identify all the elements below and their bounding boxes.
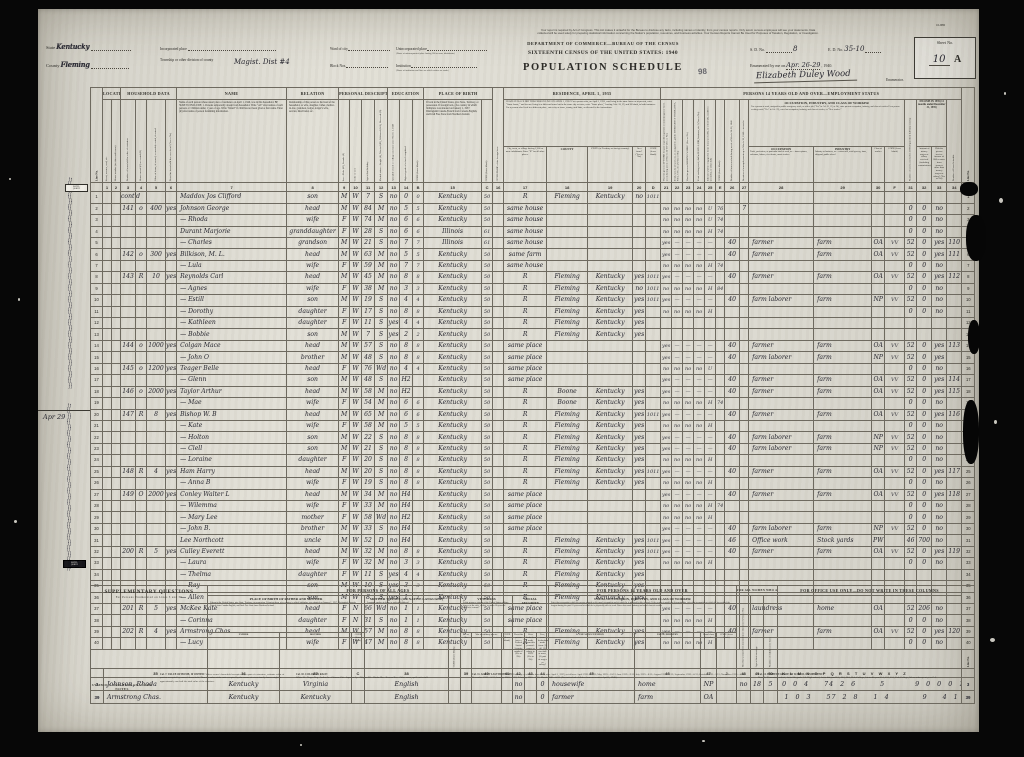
- cell-rel: grandson: [287, 237, 339, 248]
- cell-fs: [947, 569, 962, 580]
- cell-n: 27: [962, 489, 975, 500]
- supp-col-father: FATHER: [208, 633, 280, 669]
- cell-mar: M: [375, 558, 388, 569]
- cell-e2: no: [672, 478, 683, 489]
- cell-hh: [121, 226, 136, 237]
- col-industry: INDUSTRY Industry or business, as— cotto…: [814, 147, 872, 183]
- supp-col-ss-deductions: Were deductions made from this person's …: [525, 633, 537, 669]
- cell-e1: yes: [661, 523, 672, 534]
- cell-age: 33: [362, 523, 375, 534]
- cell-hrs: 40: [725, 409, 740, 420]
- cell-dur: [740, 443, 749, 454]
- cell-st: [103, 432, 112, 443]
- cell-own: o: [136, 363, 147, 374]
- cell-e5: —: [705, 409, 716, 420]
- cell-rfm: yes: [633, 466, 646, 477]
- cell-ind: [814, 283, 872, 294]
- cell-ind: [814, 306, 872, 317]
- cell-mar: M: [375, 501, 388, 512]
- cell-cc: 50: [482, 535, 493, 546]
- cell-occ: farm laborer: [749, 443, 814, 454]
- cell-wag: 0: [917, 283, 932, 294]
- cell-rc: R: [504, 272, 547, 283]
- cell-wks: 52: [905, 443, 917, 454]
- cell-hh: 3: [121, 183, 136, 192]
- cell-name: — Estill: [177, 295, 287, 306]
- cell-fs: [947, 478, 962, 489]
- cell-gr: 3: [400, 558, 413, 569]
- cell-e1: no: [661, 501, 672, 512]
- cell-cb: [413, 501, 424, 512]
- cell-sex: M: [339, 249, 350, 260]
- cell-gr: H4: [400, 523, 413, 534]
- cell-age: 19: [362, 295, 375, 306]
- cell-hh: [121, 501, 136, 512]
- cell-sch: no: [388, 409, 400, 420]
- cell-rc: same place: [504, 363, 547, 374]
- cell-gr: 4: [400, 363, 413, 374]
- cell-cd: [646, 249, 661, 260]
- cell-race: W: [350, 455, 362, 466]
- cell-wks: 52: [905, 489, 917, 500]
- cell-ce: [716, 523, 725, 534]
- cell-cit: [493, 569, 504, 580]
- cell-e4: no: [694, 478, 705, 489]
- cell-cit: [493, 340, 504, 351]
- cell-dur: [740, 546, 749, 557]
- cell-e1: yes: [661, 443, 672, 454]
- cell-e1: [661, 329, 672, 340]
- cell-cf: VV: [885, 523, 905, 534]
- cell-cc: 61: [482, 226, 493, 237]
- cell-sex: M: [339, 432, 350, 443]
- cell-e1: no: [661, 283, 672, 294]
- cell-own: [136, 226, 147, 237]
- cell-cls: OA: [872, 489, 885, 500]
- cell-occ: farm laborer: [749, 352, 814, 363]
- sheet-label: Sheet No.: [915, 40, 975, 45]
- cell-name: Maddox Jos Clifford: [177, 192, 287, 203]
- supp-col-vet-code: CODE (leave blank): [502, 633, 513, 669]
- cell-hrs: [725, 192, 740, 203]
- cell-ce: [716, 329, 725, 340]
- cell-rfm: yes: [633, 318, 646, 329]
- cell-hh: 146: [121, 386, 136, 397]
- cell-oth: no: [932, 363, 947, 374]
- cell-ce: [716, 558, 725, 569]
- cell-rc: same place: [504, 375, 547, 386]
- cell-age: 20: [362, 455, 375, 466]
- cell-own: [136, 295, 147, 306]
- cell-hrs: [725, 569, 740, 580]
- cell-race: W: [350, 352, 362, 363]
- cell-e3: —: [683, 466, 694, 477]
- cell-e3: —: [683, 443, 694, 454]
- cell-occ: [749, 203, 814, 214]
- cell-dur: [740, 363, 749, 374]
- cell-bp: Kentucky: [424, 466, 482, 477]
- cell-age: 48: [362, 375, 375, 386]
- cell-cd: [646, 237, 661, 248]
- cell-cc: 50: [482, 352, 493, 363]
- cell-mar: M: [375, 249, 388, 260]
- cell-rco: Fleming: [547, 272, 588, 283]
- cell-cls: OA: [872, 237, 885, 248]
- cell-rel: wife: [287, 398, 339, 409]
- cell-age: 59: [362, 260, 375, 271]
- cell-race: W: [350, 295, 362, 306]
- cell-cf: [885, 512, 905, 523]
- cell-n: 34: [91, 569, 103, 580]
- cell-gr: 8: [400, 466, 413, 477]
- cell-st: [103, 398, 112, 409]
- cell-occ: [749, 420, 814, 431]
- cell-e4: —: [694, 409, 705, 420]
- cell-e5: [705, 318, 716, 329]
- cell-rco: Fleming: [547, 192, 588, 203]
- cell-n: 29: [91, 512, 103, 523]
- cell-e2: —: [672, 443, 683, 454]
- cell-cls: [872, 192, 885, 203]
- cell-rco: [547, 352, 588, 363]
- cell-cit: [493, 386, 504, 397]
- cell-e2: —: [672, 295, 683, 306]
- cell-dur: [740, 558, 749, 569]
- cell-cit: [493, 306, 504, 317]
- cell-occ: [749, 192, 814, 203]
- cell-sex: F: [339, 558, 350, 569]
- cell-e1: yes: [661, 340, 672, 351]
- cell-hrs: 40: [725, 386, 740, 397]
- cell-e5: [705, 329, 716, 340]
- table-row: 16145o1200yesTeager BelleheadFW76Wdno44K…: [91, 363, 975, 374]
- cell-mar: M: [375, 489, 388, 500]
- cell-cc: 50: [482, 318, 493, 329]
- cell-e3: no: [683, 420, 694, 431]
- cell-e4: [694, 192, 705, 203]
- cell-cf: VV: [885, 546, 905, 557]
- cell-bp: Kentucky: [424, 272, 482, 283]
- cell-mar: M: [375, 260, 388, 271]
- cell-e5: U: [705, 363, 716, 374]
- cell-st: [103, 272, 112, 283]
- col-res-farm: On a farm? (Yes or No): [633, 147, 646, 183]
- cell-ce: [716, 237, 725, 248]
- supp-col-code-j: CODE (leave blank): [717, 633, 737, 669]
- cell-hn: [112, 443, 121, 454]
- cell-val: 8: [147, 409, 166, 420]
- cell-fs: [947, 535, 962, 546]
- cell-rfm: yes: [633, 455, 646, 466]
- cell-bp: Kentucky: [424, 192, 482, 203]
- cell-cf: F: [885, 183, 905, 192]
- cell-e4: —: [694, 375, 705, 386]
- cell-e3: —: [683, 523, 694, 534]
- cell-sch: no: [388, 455, 400, 466]
- cell-gr: 8: [400, 352, 413, 363]
- col-age: Age at last birthday: [362, 100, 375, 183]
- cell-occ: farmer: [749, 466, 814, 477]
- cell-race: W: [350, 420, 362, 431]
- cell-cb: 3: [413, 283, 424, 294]
- cell-st: [103, 249, 112, 260]
- cell-race: W: [350, 512, 362, 523]
- cell-e4: —: [694, 352, 705, 363]
- cell-e2: —: [672, 352, 683, 363]
- supp-col-ss-number: Does this person have a Federal Social S…: [513, 633, 525, 669]
- table-row: 8143R10yesReynolds CarlheadMW45Mno88Kent…: [91, 272, 975, 283]
- cell-mar: S: [375, 523, 388, 534]
- margin-divider: [38, 410, 90, 411]
- cell-st: [103, 329, 112, 340]
- cell-wag: 0: [917, 443, 932, 454]
- cell-rco: [547, 375, 588, 386]
- cell-wag: 0: [917, 546, 932, 557]
- cell-cls: PW: [872, 535, 885, 546]
- cell-gr: 4: [400, 318, 413, 329]
- cell-rfm: yes: [633, 398, 646, 409]
- cell-rst: [588, 489, 633, 500]
- cell-ce: [716, 420, 725, 431]
- cell-ce: [716, 306, 725, 317]
- cell-rc: R: [504, 295, 547, 306]
- cell-e5: —: [705, 237, 716, 248]
- cell-e3: —: [683, 489, 694, 500]
- sd-line: S. D. No. 8: [750, 45, 797, 53]
- cell-dur: [740, 489, 749, 500]
- cell-race: W: [350, 409, 362, 420]
- cell-cc: 50: [482, 569, 493, 580]
- cell-e1: no: [661, 306, 672, 317]
- cell-sch: 13: [388, 183, 400, 192]
- cell-wag: [917, 192, 932, 203]
- cell-sex: F: [339, 363, 350, 374]
- cell-dur: [740, 466, 749, 477]
- cell-fm: [166, 215, 177, 226]
- cell-e1: yes: [661, 249, 672, 260]
- cell-occ: farmer: [749, 249, 814, 260]
- cell-cls: [872, 306, 885, 317]
- cell-oth: yes: [932, 466, 947, 477]
- cell-rel: brother: [287, 352, 339, 363]
- cell-e5: H: [705, 478, 716, 489]
- cell-cc: 50: [482, 546, 493, 557]
- ward-line: Ward of city: [330, 44, 390, 51]
- cell-rc: same place: [504, 340, 547, 351]
- population-schedule-table: Line No. LOCATION HOUSEHOLD DATA NAME RE…: [90, 87, 975, 650]
- cell-fm: [166, 535, 177, 546]
- cell-hh: [121, 375, 136, 386]
- cell-wag: 0: [917, 352, 932, 363]
- cell-race: W: [350, 501, 362, 512]
- group-name: NAME: [177, 88, 287, 100]
- cell-name: 7: [177, 183, 287, 192]
- cell-cd: [646, 512, 661, 523]
- supp-header: SUPPLEMENTARY QUESTIONS For Persons Enum…: [91, 586, 975, 669]
- cell-fm: [166, 295, 177, 306]
- cell-rel: son: [287, 443, 339, 454]
- cell-hh: [121, 352, 136, 363]
- cell-rst: [588, 249, 633, 260]
- cell-mar: M: [375, 420, 388, 431]
- cell-e4: no: [694, 226, 705, 237]
- cell-cd: 1011: [646, 283, 661, 294]
- cell-cls: OA: [872, 340, 885, 351]
- cell-race: W: [350, 237, 362, 248]
- cell-gr: 8: [400, 443, 413, 454]
- cell-fm: yes: [166, 409, 177, 420]
- cell-bp: Kentucky: [424, 523, 482, 534]
- cell-e5: —: [705, 432, 716, 443]
- cell-fm: [166, 398, 177, 409]
- col-seeking-work: Was this person SEEKING WORK? (Yes or No…: [683, 100, 694, 183]
- group-personal-description: PERSONAL DESCRIPTION: [339, 88, 388, 100]
- cell-oth: yes: [932, 489, 947, 500]
- cell-hrs: 40: [725, 523, 740, 534]
- page-stamp: 98: [698, 67, 707, 76]
- cell-e4: no: [694, 501, 705, 512]
- cell-e5: 25: [705, 183, 716, 192]
- cell-own: [136, 215, 147, 226]
- cell-st: [103, 478, 112, 489]
- cell-hh: [121, 318, 136, 329]
- cell-name: Durant Marjorie: [177, 226, 287, 237]
- cell-fs: 115: [947, 386, 962, 397]
- cell-e2: [672, 329, 683, 340]
- cell-hrs: [725, 420, 740, 431]
- cell-hrs: [725, 363, 740, 374]
- col-house-number: House number (in cities and towns): [112, 100, 121, 183]
- cell-rst: [588, 523, 633, 534]
- cell-n: 6: [91, 249, 103, 260]
- cell-n: 2: [91, 203, 103, 214]
- cell-wag: 0: [917, 375, 932, 386]
- cell-fs: [947, 523, 962, 534]
- cell-cd: [646, 501, 661, 512]
- col-res-state: STATE (or Territory or foreign country): [588, 147, 633, 183]
- note-col7: Col. 7. VALUE OF HOME, IF OWNED: Where o…: [160, 673, 290, 729]
- cell-oth: no: [932, 306, 947, 317]
- cell-hh: 147: [121, 409, 136, 420]
- cell-e1: yes: [661, 489, 672, 500]
- cell-rc: 17: [504, 183, 547, 192]
- cell-e5: H: [705, 420, 716, 431]
- cell-e1: 21: [661, 183, 672, 192]
- cell-e3: [683, 569, 694, 580]
- cell-cc: 50: [482, 512, 493, 523]
- cell-cd: [646, 203, 661, 214]
- table-row: 12— KathleendaughterFW11Syes44Kentucky50…: [91, 318, 975, 329]
- cell-name: — Clell: [177, 443, 287, 454]
- table-header: Line No. LOCATION HOUSEHOLD DATA NAME RE…: [91, 88, 975, 183]
- cell-cf: [885, 455, 905, 466]
- cell-age: 34: [362, 489, 375, 500]
- census-rows: 1cont'dMaddox Jos CliffordsonMW7Sno00Ken…: [91, 192, 975, 650]
- cell-wks: 52: [905, 295, 917, 306]
- cell-sex: M: [339, 203, 350, 214]
- cell-e5: H: [705, 260, 716, 271]
- cell-dur: [740, 272, 749, 283]
- cell-e2: no: [672, 215, 683, 226]
- cell-hrs: 40: [725, 466, 740, 477]
- cell-fm: [166, 192, 177, 203]
- cell-fm: yes: [166, 466, 177, 477]
- cell-st: [103, 215, 112, 226]
- col-street: Street, avenue, road, etc.: [103, 100, 112, 183]
- cell-occ: farmer: [749, 546, 814, 557]
- cell-cf: VV: [885, 340, 905, 351]
- cell-mar: S: [375, 192, 388, 203]
- cell-wks: 52: [905, 272, 917, 283]
- cell-sch: no: [388, 432, 400, 443]
- cell-n: 11: [91, 306, 103, 317]
- cell-wks: 52: [905, 546, 917, 557]
- cell-race: W: [350, 272, 362, 283]
- cell-sch: no: [388, 363, 400, 374]
- cell-age: 58: [362, 386, 375, 397]
- cell-oth: no: [932, 226, 947, 237]
- cell-hh: [121, 237, 136, 248]
- cell-rst: Kentucky: [588, 546, 633, 557]
- cell-n: 12: [91, 318, 103, 329]
- cell-wks: 0: [905, 215, 917, 226]
- cell-mar: S: [375, 295, 388, 306]
- cell-cit: [493, 409, 504, 420]
- cell-cls: [872, 455, 885, 466]
- cell-val: 1000: [147, 340, 166, 351]
- cell-mar: 12: [375, 183, 388, 192]
- cell-fs: 119: [947, 546, 962, 557]
- film-speck: [999, 198, 1003, 203]
- cell-e4: no: [694, 363, 705, 374]
- cell-own: [136, 375, 147, 386]
- cell-ce: [716, 443, 725, 454]
- cell-n: 27: [91, 489, 103, 500]
- cell-sch: no: [388, 249, 400, 260]
- cell-cb: 8: [413, 466, 424, 477]
- cell-cd: [646, 523, 661, 534]
- cell-wks: 52: [905, 432, 917, 443]
- cell-wag: 0: [917, 501, 932, 512]
- cell-dur: [740, 398, 749, 409]
- cell-oth: no: [932, 501, 947, 512]
- table-row: 28— WilemmawifeFW33MnoH4Kentucky50same p…: [91, 501, 975, 512]
- cell-cd: [646, 329, 661, 340]
- cell-e3: no: [683, 226, 694, 237]
- cell-cc: 50: [482, 215, 493, 226]
- cell-dur: [740, 283, 749, 294]
- cell-race: W: [350, 558, 362, 569]
- group-employment-status: PERSONS 14 YEARS OLD AND OVER—EMPLOYMENT…: [661, 88, 962, 100]
- cell-bp: Kentucky: [424, 329, 482, 340]
- cell-fm: [166, 237, 177, 248]
- cell-name: Bishop W. B: [177, 409, 287, 420]
- cell-e4: —: [694, 295, 705, 306]
- cell-n: 8: [91, 272, 103, 283]
- cell-cit: [493, 215, 504, 226]
- cell-age: 76: [362, 363, 375, 374]
- cell-val: [147, 192, 166, 203]
- col-race: Color or race: [350, 100, 362, 183]
- cell-sex: M: [339, 443, 350, 454]
- cell-cc: 50: [482, 375, 493, 386]
- cell-ce: [716, 409, 725, 420]
- cell-age: 54: [362, 398, 375, 409]
- supp-col-ss-portion: If so, were deductions made from (1) all…: [537, 633, 549, 669]
- cell-gr: 5: [400, 249, 413, 260]
- cell-n: 24: [91, 455, 103, 466]
- table-row: 9— AgneswifeFW38Mno33Kentucky50RFlemingK…: [91, 283, 975, 294]
